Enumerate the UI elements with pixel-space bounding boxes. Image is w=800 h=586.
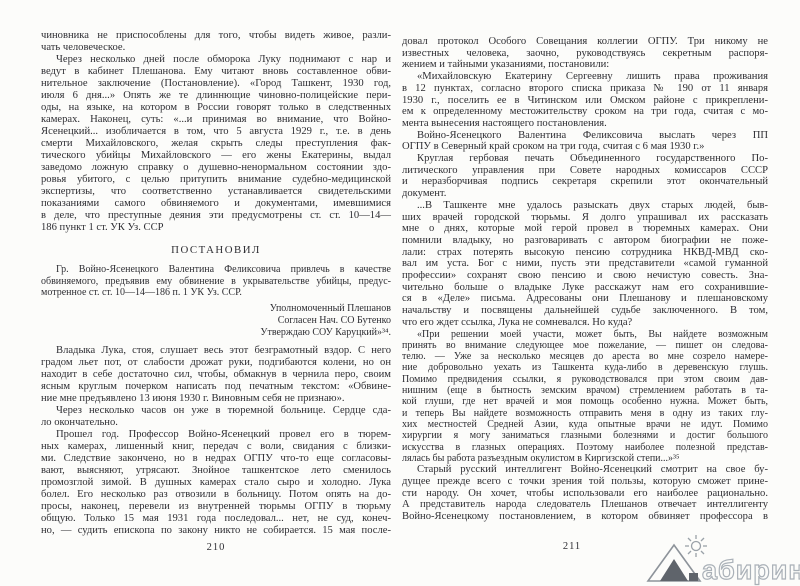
text-line: находит в себе достаточно сил, чтобы, об… <box>41 369 391 381</box>
text-line: лали: страх потерять высокую пенсию сотр… <box>402 247 768 259</box>
text-line: что его ждет ссылка, Лука не сомневался.… <box>402 317 768 329</box>
book-spread: чиновника не приспособлены для того, что… <box>0 0 800 586</box>
text-line: июля 6 дня...» Опять же те длиннющие чин… <box>41 90 391 102</box>
text-line: лялась бы работа разъездным окулистом в … <box>402 453 768 464</box>
text-line: «Михайловскую Екатерину Сергеевну лишить… <box>402 71 768 83</box>
text-line: Войно-Ясенецкого Валентина Феликсовича в… <box>402 130 768 142</box>
text-line: и неразборчивая подпись секретаря скрепи… <box>402 176 768 188</box>
text-line: хирургии я могу заниматься глазными боле… <box>402 430 768 441</box>
text-line: профессии» сохранят свою пенсию и свою н… <box>402 270 768 282</box>
text-line: болел. Его несколько раз отвозили в боль… <box>41 489 391 501</box>
text-line: Уполномоченный Плешанов <box>41 303 391 315</box>
text-line: 186 пункт 1 ст. УК Уз. ССР <box>41 222 391 234</box>
text-line: промозглой зимой. В душных камерах стало… <box>41 477 391 489</box>
text-line: Войно-Ясенецкому постановлением, в котор… <box>402 511 768 523</box>
text-line: ло окончательно. <box>41 417 391 429</box>
text-line: и теперь Вы найдете возможность отправит… <box>402 408 768 419</box>
text-line: начальству и посвящены дальнейшей судьбе… <box>402 305 768 317</box>
text-line: телю. — Уже за несколько месяцев до арес… <box>402 351 768 362</box>
text-line: сти народу. Он хочет, чтобы использовали… <box>402 488 768 500</box>
text-line: искусства в глазных операциях. Поэтому н… <box>402 442 768 453</box>
pyramid-letter-icon <box>648 545 700 581</box>
text-line: Согласен Нач. СО Бутенко <box>41 315 391 327</box>
labirint-logo-svg: абиринт <box>640 533 800 586</box>
text-line: мента вынесения настоящего постановления… <box>402 118 768 130</box>
text-line: ных камерах, лишенный книг, передач с во… <box>41 441 391 453</box>
text-line: ся в «Деле» письма. Адресованы они Плеша… <box>402 293 768 305</box>
sun-icon <box>685 535 707 557</box>
text-line: ОГПУ в Северный край сроком на три года,… <box>402 141 768 153</box>
labirint-watermark: абиринт <box>640 533 800 586</box>
text-line: оды, на языке, на котором в России говор… <box>41 102 391 114</box>
page-left: чиновника не приспособлены для того, что… <box>41 30 391 537</box>
text-line: жением и тайными указаниями, постановили… <box>402 59 768 71</box>
text-line: ние мне предъявлено 13 июня 1930 г. Вино… <box>41 393 391 405</box>
text-line: ние добровольно уехать из Ташкента куда-… <box>402 362 768 373</box>
text-line: Владыка Лука, стоя, слушает весь этот бе… <box>41 345 391 357</box>
page-right-text-column: довал протокол Особого Совещания коллеги… <box>402 36 768 523</box>
text-line: Утверждаю СОУ Каруцкий»³⁴. <box>41 327 391 339</box>
text-line: общую. Только 15 мая 1931 года последова… <box>41 513 391 525</box>
text-line: помнили владыку, но разговаривать с авто… <box>402 235 768 247</box>
text-line: чиновника не приспособлены для того, что… <box>41 30 391 42</box>
text-line: заведомо ложную справку о душевно-ненорм… <box>41 162 391 174</box>
text-line: но, — судить епископа по закону никто не… <box>41 525 391 537</box>
text-line: показаниями самого обвиняемого и докумен… <box>41 198 391 210</box>
section-heading: ПОСТАНОВИЛ <box>41 244 391 256</box>
text-line: градом льет пот, от слабости дрожат руки… <box>41 357 391 369</box>
text-line: литического управления при Совете народн… <box>402 165 768 177</box>
text-line: ми. Следствие закончено, но в недрах ОГП… <box>41 453 391 465</box>
page-left-text-column: чиновника не приспособлены для того, что… <box>41 30 391 537</box>
text-line: чительно больше о владыке Луке расскажут… <box>402 282 768 294</box>
text-line: ...В Ташкенте мне удалось разыскать двух… <box>402 200 768 212</box>
text-line: мотренное ст. ст. 10—14—186 п. 1 УК Уз. … <box>41 287 391 299</box>
text-line: Помимо предвидения ссылки, я руководство… <box>402 374 768 385</box>
text-line: экспертизы, что соответственно устанавли… <box>41 186 391 198</box>
text-line: вал им уста. Бог с ними, пусть эти предс… <box>402 258 768 270</box>
text-line: «При решении моей участи, может быть, Вы… <box>402 329 768 340</box>
text-line: 1930 г., поселить ее в Читинском или Омс… <box>402 95 768 107</box>
text-line: кой глуши, где нет врачей и моя помощь о… <box>402 396 768 407</box>
text-line: в деле, что преступные деяния эти предус… <box>41 210 391 222</box>
text-line: ем к определенному местожительству сроко… <box>402 106 768 118</box>
text-line: ведут в кабинет Плешанова. Ему читают вн… <box>41 66 391 78</box>
text-line: Старый русский интеллигент Войно-Ясенецк… <box>402 464 768 476</box>
text-line: Прошел год. Профессор Войно-Ясенецкий пр… <box>41 429 391 441</box>
text-line: смерти Михайловского, желая скрыть следы… <box>41 138 391 150</box>
text-line: ясным круглым почерком написать под печа… <box>41 381 391 393</box>
text-line: ровья убитого, с целью притупить внимани… <box>41 174 391 186</box>
text-line: документ. <box>402 188 768 200</box>
text-line: известных человека, заочно, руководствуя… <box>402 48 768 60</box>
text-line: Круглая гербовая печать Объединенного го… <box>402 153 768 165</box>
text-line: тического убийцы Михайловского — его жен… <box>41 150 391 162</box>
text-line: просы, наконец, перевели из внутренней т… <box>41 501 391 513</box>
text-line: мне о днях, которые мой герой провел в т… <box>402 223 768 235</box>
page-number-left: 210 <box>41 542 391 553</box>
text-line: вают, выясняют, утрясают. Знойное ташкен… <box>41 465 391 477</box>
text-line: довал протокол Особого Совещания коллеги… <box>402 36 768 48</box>
text-line: принять во внимание следующее мое пожела… <box>402 340 768 351</box>
text-line: А представитель народа следователь Плеша… <box>402 499 768 511</box>
text-line: Через несколько часов он уже в тюремной … <box>41 405 391 417</box>
text-line: чать человеческое. <box>41 42 391 54</box>
text-line: в 12 пунктах, согласно второго списка пр… <box>402 83 768 95</box>
text-line: нишним (еще в бытность земским врачом) с… <box>402 385 768 396</box>
labirint-watermark-text: абиринт <box>702 555 800 585</box>
text-line: нительное заключение (Постановление). «Г… <box>41 78 391 90</box>
text-line: Через несколько дней после обморока Луку… <box>41 54 391 66</box>
text-line: обвиняемого, предъявив ему обвинение в у… <box>41 276 391 288</box>
text-line: хих местностей Средней Азии, куда опытны… <box>402 419 768 430</box>
text-line: дущее прежде всего с точки зрения той по… <box>402 476 768 488</box>
page-right: довал протокол Особого Совещания коллеги… <box>402 36 768 523</box>
text-line: ших врачей городской тюрьмы. Я долго упр… <box>402 212 768 224</box>
text-line: Гр. Войно-Ясенецкого Валентина Феликсови… <box>41 264 391 276</box>
text-line: Ясенецкий... изобличается в том, что 5 а… <box>41 126 391 138</box>
text-line: камерах. Наконец, суть: «...и принимая в… <box>41 114 391 126</box>
